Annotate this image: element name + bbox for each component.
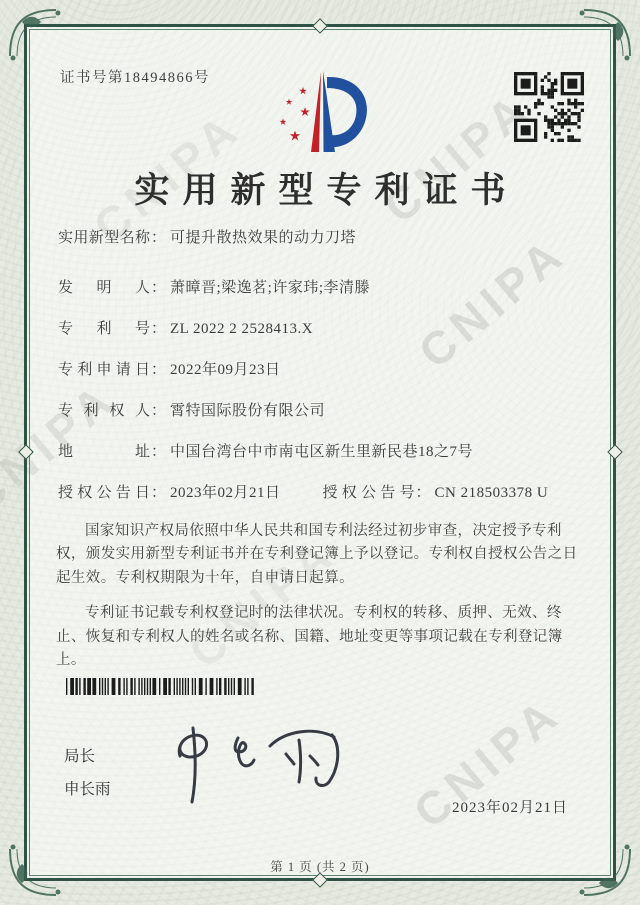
field-value: 2023年02月21日 xyxy=(170,485,281,501)
qr-code-icon xyxy=(514,72,584,142)
field-value: CN 218503378 U xyxy=(435,485,549,501)
signer-block: 局长 申长雨 xyxy=(64,740,111,806)
field-row-filing-date: 专利申请日：2022年09月23日 xyxy=(58,360,592,401)
barcode-icon xyxy=(66,678,256,695)
field-label: 授权公告号 xyxy=(323,483,415,503)
field-row-inventors: 发明人：萧暲晋;梁逸茗;许家玮;李清滕 xyxy=(58,278,592,319)
field-row-grant: 授权公告日：2023年02月21日授权公告号：CN 218503378 U xyxy=(58,483,592,524)
legal-text: 国家知识产权局依照中华人民共和国专利法经过初步审查，决定授予专利权，颁发实用新型… xyxy=(56,520,590,685)
certificate-title: 实用新型专利证书 xyxy=(0,163,640,213)
cnipa-logo-icon xyxy=(235,58,405,168)
field-value: 萧暲晋;梁逸茗;许家玮;李清滕 xyxy=(170,280,370,296)
signature-icon xyxy=(150,716,380,811)
field-colon: ： xyxy=(151,228,166,248)
certificate-number: 证书号第18494866号 xyxy=(60,66,210,87)
field-row-address: 地址：中国台湾台中市南屯区新生里新民巷18之7号 xyxy=(58,442,592,483)
field-value: ZL 2022 2 2528413.X xyxy=(170,321,313,337)
field-row-patent-no: 专利号：ZL 2022 2 2528413.X xyxy=(58,319,592,360)
legal-paragraph-1: 国家知识产权局依照中华人民共和国专利法经过初步审查，决定授予专利权，颁发实用新型… xyxy=(56,520,590,590)
field-value: 可提升散热效果的动力刀塔 xyxy=(170,230,356,246)
field-label: 地址 xyxy=(58,442,150,462)
field-value: 霄特国际股份有限公司 xyxy=(170,403,325,419)
legal-paragraph-2: 专利证书记载专利权登记时的法律状况。专利权的转移、质押、无效、终止、恢复和专利权… xyxy=(56,602,590,672)
certificate-content: 证书号第18494866号 实用新型专利证书 实用新型名称：可提升散热效果的动力… xyxy=(0,0,640,905)
field-value: 中国台湾台中市南屯区新生里新民巷18之7号 xyxy=(170,444,473,460)
page-number: 第 1 页 (共 2 页) xyxy=(0,857,640,875)
field-label: 专利权人 xyxy=(58,401,150,421)
field-label: 专利号 xyxy=(58,319,150,339)
field-row-name: 实用新型名称：可提升散热效果的动力刀塔 xyxy=(58,228,592,269)
field-colon: ： xyxy=(151,319,166,339)
patent-fields: 实用新型名称：可提升散热效果的动力刀塔 发明人：萧暲晋;梁逸茗;许家玮;李清滕 … xyxy=(58,228,592,524)
field-label: 专利申请日 xyxy=(58,360,150,380)
field-colon: ： xyxy=(151,278,166,298)
field-colon: ： xyxy=(151,401,166,421)
field-colon: ： xyxy=(416,483,431,503)
signer-title: 局长 xyxy=(64,740,111,773)
field-colon: ： xyxy=(151,483,166,503)
field-row-patentee: 专利权人：霄特国际股份有限公司 xyxy=(58,401,592,442)
patent-certificate-page: { "page": { "cert_no": "证书号第18494866号", … xyxy=(0,0,640,905)
signer-name: 申长雨 xyxy=(64,773,111,806)
field-colon: ： xyxy=(151,360,166,380)
issue-date: 2023年02月21日 xyxy=(452,796,568,817)
field-value: 2022年09月23日 xyxy=(170,362,281,378)
field-label: 授权公告日 xyxy=(58,483,150,503)
field-label: 实用新型名称 xyxy=(58,228,150,248)
field-label: 发明人 xyxy=(58,278,150,298)
field-colon: ： xyxy=(151,442,166,462)
